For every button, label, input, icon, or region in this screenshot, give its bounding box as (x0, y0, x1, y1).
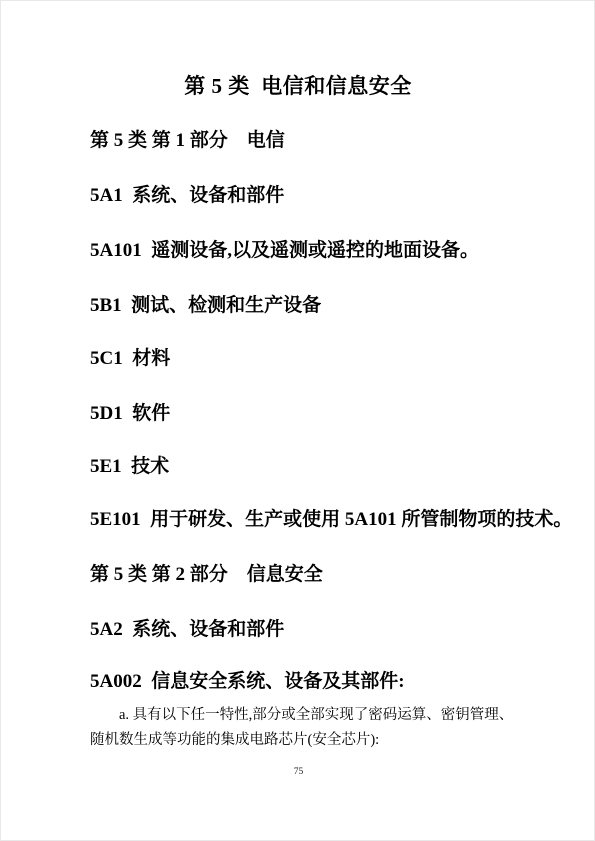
heading-part1: 第 5 类 第 1 部分 电信 (90, 131, 506, 150)
heading-5b1: 5B1 测试、检测和生产设备 (90, 296, 506, 315)
heading-5a2: 5A2 系统、设备和部件 (90, 620, 506, 639)
heading-5c1: 5C1 材料 (90, 349, 506, 368)
paragraph-line-2: 随机数生成等功能的集成电路芯片(安全芯片): (90, 728, 506, 753)
heading-part2: 第 5 类 第 2 部分 信息安全 (90, 565, 506, 584)
heading-5a1: 5A1 系统、设备和部件 (90, 186, 506, 205)
page-title: 第 5 类 电信和信息安全 (90, 76, 506, 97)
paragraph-line-1: a. 具有以下任一特性,部分或全部实现了密码运算、密钥管理、 (90, 703, 506, 728)
heading-5a101: 5A101 遥测设备,以及遥测或遥控的地面设备。 (90, 241, 506, 260)
document-page: 第 5 类 电信和信息安全 第 5 类 第 1 部分 电信 5A1 系统、设备和… (0, 0, 595, 841)
page-number: 75 (1, 766, 595, 778)
heading-5d1: 5D1 软件 (90, 404, 506, 423)
heading-5e101: 5E101 用于研发、生产或使用 5A101 所管制物项的技术。 (90, 510, 506, 529)
heading-5e1: 5E1 技术 (90, 457, 506, 476)
heading-5a002: 5A002 信息安全系统、设备及其部件: (90, 672, 506, 691)
